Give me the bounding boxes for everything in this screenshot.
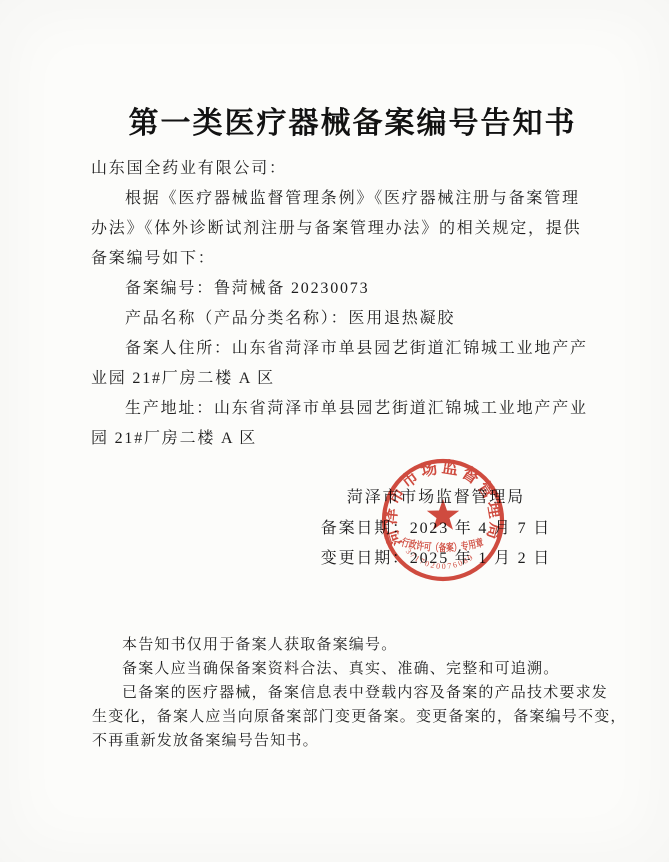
body-line: 办法》《体外诊断试剂注册与备案管理办法》的相关规定，提供	[91, 214, 591, 244]
production-address-line: 生产地址：山东省菏泽市单县园艺街道汇锦城工业地产产业	[91, 394, 591, 424]
note-line: 已备案的医疗器械，备案信息表中登载内容及备案的产品技术要求发	[92, 681, 637, 705]
registrant-address-line-wrap: 业园 21#厂房二楼 A 区	[91, 364, 591, 394]
document-title: 第一类医疗器械备案编号告知书	[0, 98, 669, 142]
note-line: 生变化，备案人应当向原备案部门变更备案。变更备案的，备案编号不变，	[92, 705, 637, 729]
product-name-line: 产品名称（产品分类名称）：医用退热凝胶	[91, 304, 591, 334]
registrant-address-line: 备案人住所：山东省菏泽市单县园艺街道汇锦城工业地产产	[91, 334, 591, 364]
letter-body: 山东国全药业有限公司： 根据《医疗器械监督管理条例》《医疗器械注册与备案管理 办…	[91, 154, 591, 454]
filing-number-line: 备案编号：鲁菏械备 20230073	[91, 274, 591, 304]
production-address-line-wrap: 园 21#厂房二楼 A 区	[91, 424, 591, 454]
note-line: 备案人应当确保备案资料合法、真实、准确、完整和可追溯。	[92, 657, 637, 681]
body-line: 备案编号如下：	[91, 244, 591, 274]
document-page: 第一类医疗器械备案编号告知书 山东国全药业有限公司： 根据《医疗器械监督管理条例…	[0, 0, 669, 862]
note-line: 本告知书仅用于备案人获取备案编号。	[92, 633, 637, 657]
signature-block: 菏泽市市场监督管理局 备案日期：2023 年 4 月 7 日 变更日期：2025…	[321, 483, 551, 575]
footnotes-block: 本告知书仅用于备案人获取备案编号。 备案人应当确保备案资料合法、真实、准确、完整…	[92, 633, 637, 753]
issuing-authority: 菏泽市市场监督管理局	[321, 483, 551, 514]
change-date-line: 变更日期：2025 年 1 月 2 日	[321, 544, 551, 575]
filing-date-line: 备案日期：2023 年 4 月 7 日	[321, 514, 551, 545]
body-line: 根据《医疗器械监督管理条例》《医疗器械注册与备案管理	[91, 184, 591, 214]
addressee-line: 山东国全药业有限公司：	[91, 154, 591, 184]
note-line: 不再重新发放备案编号告知书。	[92, 729, 637, 753]
